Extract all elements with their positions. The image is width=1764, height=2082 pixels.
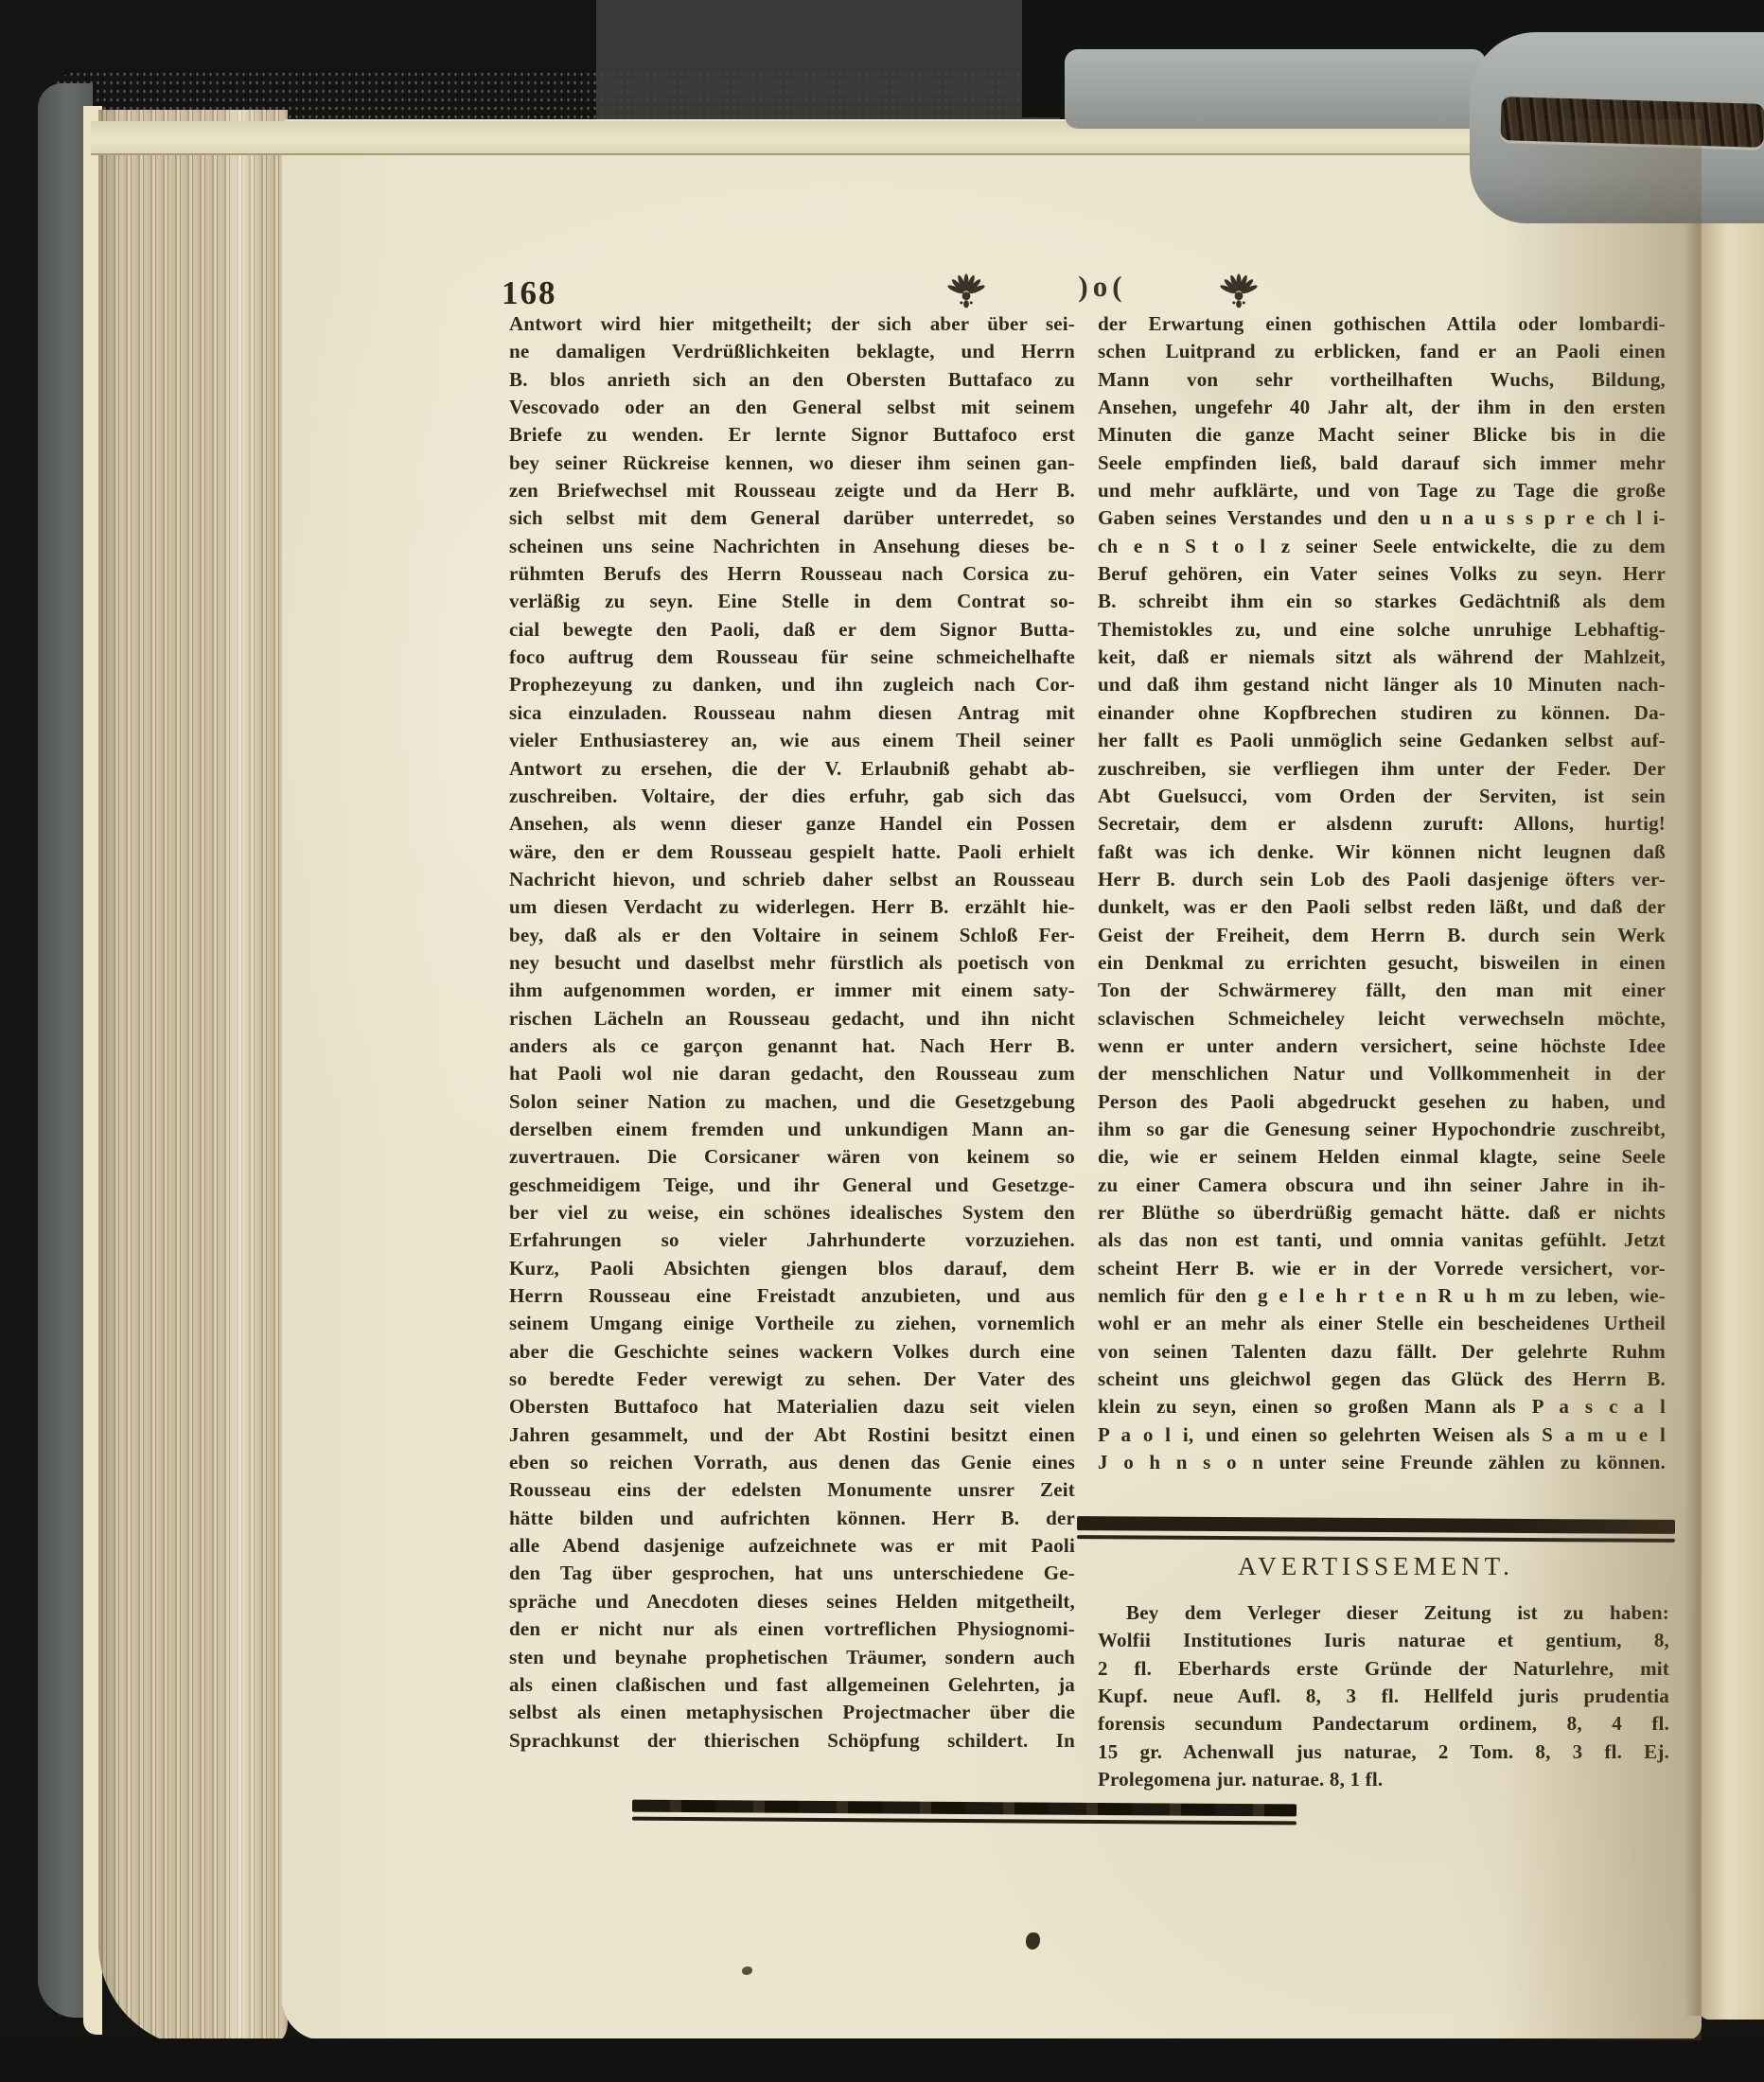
text-line: B. schreibt ihm ein so starkes Gedächtni… <box>1098 590 1666 617</box>
text-line: Briefe zu wenden. Er lernte Signor Butta… <box>509 423 1075 450</box>
text-line: foco auftrug dem Rousseau für seine schm… <box>509 645 1075 673</box>
rule-thick-bar <box>632 1800 1297 1817</box>
text-line: J o h n s o n unter seine Freunde zählen… <box>1098 1451 1666 1478</box>
ink-speck <box>742 1967 752 1975</box>
text-line: ne damaligen Verdrüßlichkeiten beklagte,… <box>509 340 1075 367</box>
text-line: cial bewegte den Paoli, daß er dem Signo… <box>509 618 1075 645</box>
backdrop-bottom <box>0 2038 1764 2082</box>
text-line: Wolfii Institutiones Iuris naturae et ge… <box>1098 1629 1669 1656</box>
text-line: zen Briefwechsel mit Rousseau zeigte und… <box>509 479 1075 506</box>
shell-fleuron-icon <box>1219 270 1259 311</box>
text-line: der Erwartung einen gothischen Attila od… <box>1098 312 1666 340</box>
text-line: wäre, den er dem Rousseau gespielt hatte… <box>509 840 1075 868</box>
shell-fleuron-icon <box>946 270 986 311</box>
text-line: Sprachkunst der thierischen Schöpfung sc… <box>509 1729 1075 1756</box>
text-line: spräche und Anecdoten dieses seines Held… <box>509 1590 1075 1617</box>
text-line: wenn er unter andern versichert, seine h… <box>1098 1034 1666 1062</box>
text-line: ney besucht und daselbst mehr fürstlich … <box>509 951 1075 979</box>
text-line: wohl er an mehr als einer Stelle ein bes… <box>1098 1312 1666 1339</box>
text-line: bey, daß als er den Voltaire in seinem S… <box>509 924 1075 951</box>
header-ornaments: )o( <box>946 267 1259 314</box>
avertissement-title: AVERTISSEMENT. <box>1077 1552 1675 1581</box>
text-line: sten und beynahe prophetischen Träumer, … <box>509 1646 1075 1673</box>
text-column-right: der Erwartung einen gothischen Attila od… <box>1098 312 1666 1478</box>
text-line: zuvertrauen. Die Corsicaner wären von ke… <box>509 1145 1075 1173</box>
text-line: so beredte Feder verewigt zu sehen. Der … <box>509 1367 1075 1395</box>
text-line: Seele empfinden ließ, bald darauf sich i… <box>1098 451 1666 479</box>
text-line: Minuten die ganze Macht seiner Blicke bi… <box>1098 423 1666 450</box>
section-divider-rule <box>1077 1516 1675 1543</box>
text-line: Herrn Rousseau eine Freistadt anzubieten… <box>509 1284 1075 1312</box>
text-line: verläßig zu seyn. Eine Stelle in dem Con… <box>509 590 1075 617</box>
text-line: Prophezeyung zu danken, und ihn zugleich… <box>509 673 1075 700</box>
text-line: Geist der Freiheit, dem Herrn B. durch s… <box>1098 924 1666 951</box>
text-line: Abt Guelsucci, vom Orden der Serviten, i… <box>1098 785 1666 812</box>
divider-thick-bar <box>1077 1516 1675 1534</box>
text-line: nemlich für den g e l e h r t e n R u h … <box>1098 1284 1666 1312</box>
text-line: und daß ihm gestand nicht länger als 10 … <box>1098 673 1666 700</box>
text-line: als einen claßischen und fast allgemeine… <box>509 1673 1075 1701</box>
text-line: zuschreiben, sie verfliegen ihm unter de… <box>1098 757 1666 785</box>
text-line: scheinen uns seine Nachrichten in Ansehu… <box>509 535 1075 562</box>
text-line: Ansehen, ungefehr 40 Jahr alt, der ihm i… <box>1098 396 1666 423</box>
text-line: ein Denkmal zu errichten gesucht, biswei… <box>1098 951 1666 979</box>
spine-headband-stitching <box>1500 97 1764 148</box>
text-line: von seinen Talenten dazu fällt. Der gele… <box>1098 1340 1666 1367</box>
text-line: Antwort wird hier mitgetheilt; der sich … <box>509 312 1075 340</box>
text-line: hätte bilden und aufrichten können. Herr… <box>509 1507 1075 1534</box>
text-line: Rousseau eins der edelsten Monumente uns… <box>509 1478 1075 1506</box>
text-line: rer Blüthe so überdrüßig gemacht hätte. … <box>1098 1201 1666 1228</box>
text-line: Jahren gesammelt, und der Abt Rostini be… <box>509 1423 1075 1451</box>
text-line: 15 gr. Achenwall jus naturae, 2 Tom. 8, … <box>1098 1740 1669 1768</box>
text-line: anders als ce garçon genannt hat. Nach H… <box>509 1034 1075 1062</box>
text-line: um diesen Verdacht zu widerlegen. Herr B… <box>509 895 1075 923</box>
text-line: Ansehen, als wenn dieser ganze Handel ei… <box>509 812 1075 839</box>
text-line: ihm aufgenommen worden, er immer mit ein… <box>509 979 1075 1006</box>
facing-page-edge <box>1700 134 1764 2020</box>
text-line: scheint uns gleichwol gegen das Glück de… <box>1098 1367 1666 1395</box>
page-number: 168 <box>502 274 557 312</box>
text-line: faßt was ich denke. Wir können nicht leu… <box>1098 840 1666 868</box>
text-line: Mann von sehr vortheilhaften Wuchs, Bild… <box>1098 368 1666 396</box>
text-line: Herr B. durch sein Lob des Paoli dasjeni… <box>1098 868 1666 895</box>
page-edge-stack <box>98 110 288 2048</box>
text-line: einander ohne Kopfbrechen studiren zu kö… <box>1098 701 1666 729</box>
text-line: 2 fl. Eberhards erste Gründe der Naturle… <box>1098 1657 1669 1685</box>
text-line: ch e n S t o l z seiner Seele entwickelt… <box>1098 535 1666 562</box>
text-line: Kurz, Paoli Absichten giengen blos darau… <box>509 1257 1075 1284</box>
text-line: dunkelt, was er den Paoli selbst reden l… <box>1098 895 1666 923</box>
text-line: seinem Umgang einige Vortheile zu ziehen… <box>509 1312 1075 1339</box>
text-line: schen Luitprand zu erblicken, fand er an… <box>1098 340 1666 367</box>
text-line: vieler Enthusiasterey an, wie aus einem … <box>509 729 1075 756</box>
divider-thin-bar <box>1077 1535 1675 1543</box>
text-line: B. blos anrieth sich an den Obersten But… <box>509 368 1075 396</box>
text-column-left: Antwort wird hier mitgetheilt; der sich … <box>509 312 1075 1756</box>
text-line: keit, daß er niemals sitzt als während d… <box>1098 645 1666 673</box>
text-line: Nachricht hievon, und schrieb daher selb… <box>509 868 1075 895</box>
text-line: Vescovado oder an den General selbst mit… <box>509 396 1075 423</box>
text-line: Solon seiner Nation zu machen, und die G… <box>509 1090 1075 1118</box>
text-line: Person des Paoli abgedruckt gesehen zu h… <box>1098 1090 1666 1118</box>
text-line: den er nicht nur als einen vortreflichen… <box>509 1617 1075 1645</box>
text-line: und mehr aufklärte, und von Tage zu Tage… <box>1098 479 1666 506</box>
book-page: 168 )o( <box>282 119 1702 2040</box>
scanned-book-photo: 168 )o( <box>0 0 1764 2082</box>
text-line: Beruf gehören, ein Vater seines Volks zu… <box>1098 562 1666 590</box>
end-of-issue-rule <box>632 1800 1297 1826</box>
text-line: Themistokles zu, und eine solche unruhig… <box>1098 618 1666 645</box>
text-line: aber die Geschichte seines wackern Volke… <box>509 1340 1075 1367</box>
text-line: den Tag über gesprochen, hat uns untersc… <box>509 1561 1075 1589</box>
text-line: derselben einem fremden und unkundigen M… <box>509 1118 1075 1145</box>
text-line: rischen Lächeln an Rousseau gedacht, und… <box>509 1007 1075 1034</box>
text-line: Ton der Schwärmerey fällt, den man mit e… <box>1098 979 1666 1006</box>
text-line: die, wie er seinem Helden einmal klagte,… <box>1098 1145 1666 1173</box>
cradle-strap <box>1065 49 1486 129</box>
text-line: Antwort zu ersehen, die der V. Erlaubniß… <box>509 757 1075 785</box>
text-line: Obersten Buttafoco hat Materialien dazu … <box>509 1395 1075 1422</box>
text-line: klein zu seyn, einen so großen Mann als … <box>1098 1395 1666 1422</box>
text-line: ihm so gar die Genesung seiner Hypochond… <box>1098 1118 1666 1145</box>
text-line: hat Paoli wol nie daran gedacht, den Rou… <box>509 1062 1075 1089</box>
text-line: zu einer Camera obscura und ihn seiner J… <box>1098 1173 1666 1201</box>
text-line: rühmten Berufs des Herrn Rousseau nach C… <box>509 562 1075 590</box>
text-line: sica einzuladen. Rousseau nahm diesen An… <box>509 701 1075 729</box>
cover-shadow <box>596 0 1060 121</box>
text-line: forensis secundum Pandectarum ordinem, 8… <box>1098 1712 1669 1739</box>
text-line: geschmeidigem Teige, und ihr General und… <box>509 1173 1075 1201</box>
text-line: Kupf. neue Aufl. 8, 3 fl. Hellfeld juris… <box>1098 1685 1669 1712</box>
text-line: her fallt es Paoli unmöglich seine Gedan… <box>1098 729 1666 756</box>
text-line: als das non est tanti, und omnia vanitas… <box>1098 1228 1666 1256</box>
text-line: der menschlichen Natur und Vollkommenhei… <box>1098 1062 1666 1089</box>
text-line: Erfahrungen so vieler Jahrhunderte vorzu… <box>509 1228 1075 1256</box>
text-line: Bey dem Verleger dieser Zeitung ist zu h… <box>1098 1601 1669 1629</box>
text-line: Prolegomena jur. naturae. 8, 1 fl. <box>1098 1768 1669 1795</box>
header-divider-glyph: )o( <box>1078 270 1126 304</box>
text-line: Gaben seines Verstandes und den u n a u … <box>1098 506 1666 534</box>
text-line: alle Abend dasjenige aufzeichnete was er… <box>509 1534 1075 1561</box>
avertissement-text: Bey dem Verleger dieser Zeitung ist zu h… <box>1098 1601 1669 1795</box>
rule-thin-bar <box>632 1817 1297 1826</box>
text-line: zuschreiben. Voltaire, der dies erfuhr, … <box>509 785 1075 812</box>
text-line: eben so reichen Vorrath, aus denen das G… <box>509 1451 1075 1478</box>
text-line: sclavischen Schmeicheley leicht verwechs… <box>1098 1007 1666 1034</box>
text-line: bey seiner Rückreise kennen, wo dieser i… <box>509 451 1075 479</box>
text-line: ber viel zu weise, ein schönes idealisch… <box>509 1201 1075 1228</box>
text-line: Secretair, dem er alsdenn zuruft: Allons… <box>1098 812 1666 839</box>
text-line: selbst als einen metaphysischen Projectm… <box>509 1701 1075 1728</box>
text-line: sich selbst mit dem General darüber unte… <box>509 506 1075 534</box>
ink-speck <box>1026 1932 1040 1950</box>
text-line: P a o l i, und einen so gelehrten Weisen… <box>1098 1423 1666 1451</box>
text-line: scheint Herr B. wie er in der Vorrede ve… <box>1098 1257 1666 1284</box>
